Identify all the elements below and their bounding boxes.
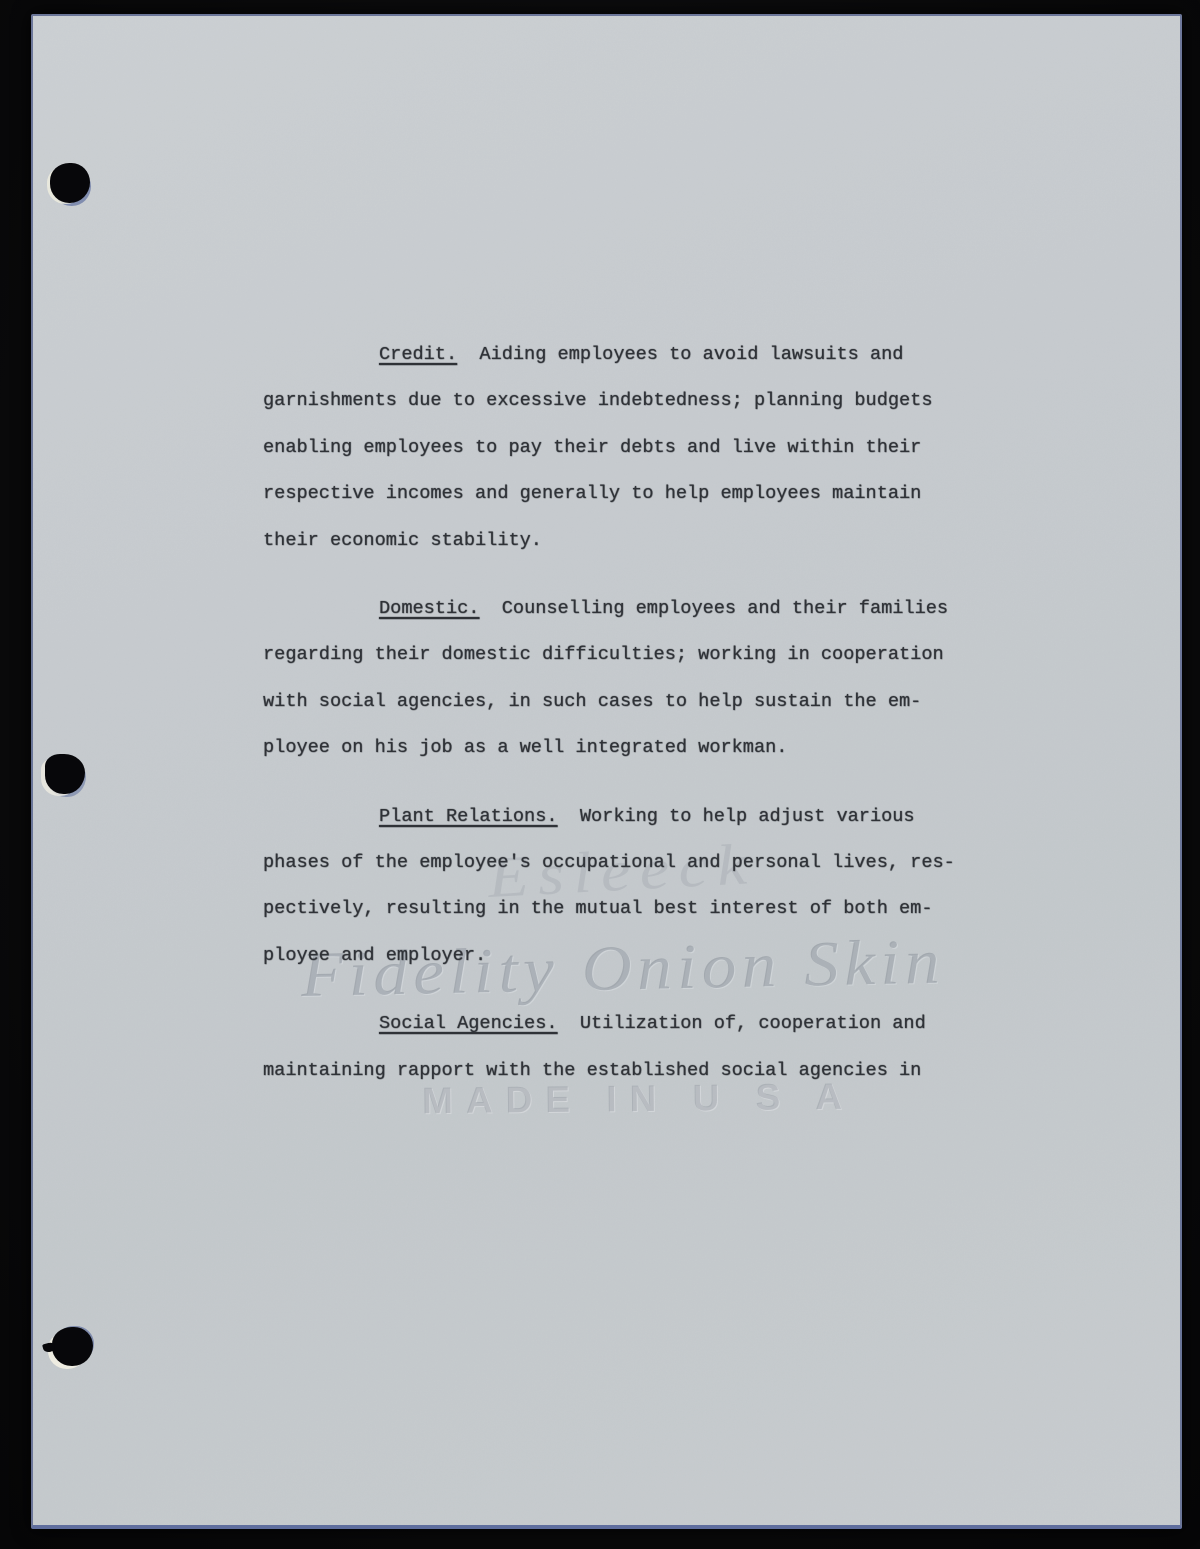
text-line: Credit. Aiding employees to avoid lawsui… — [263, 332, 1003, 378]
text-line: regarding their domestic difficulties; w… — [263, 632, 1003, 678]
document-page: Esleeck Fidelity Onion Skin MADE IN U S … — [31, 14, 1182, 1529]
text-line: their economic stability. — [263, 518, 1003, 564]
text-line: Plant Relations. Working to help adjust … — [263, 794, 1003, 840]
text-line: ployee on his job as a well integrated w… — [263, 725, 1003, 771]
heading-plant-relations: Plant Relations. — [379, 806, 558, 827]
heading-credit: Credit. — [379, 344, 457, 365]
heading-social-agencies-rest: Utilization of, cooperation and — [558, 1013, 926, 1034]
scan-background: Esleeck Fidelity Onion Skin MADE IN U S … — [0, 0, 1200, 1549]
paragraph-plant-relations: Plant Relations. Working to help adjust … — [263, 794, 1003, 980]
punch-hole-middle — [45, 754, 85, 794]
text-line: ployee and employer. — [263, 933, 1003, 979]
punch-hole-bottom — [52, 1327, 93, 1366]
text-line: garnishments due to excessive indebtedne… — [263, 378, 1003, 424]
heading-domestic: Domestic. — [379, 598, 479, 619]
text-line: with social agencies, in such cases to h… — [263, 679, 1003, 725]
paragraph-social-agencies: Social Agencies. Utilization of, coopera… — [263, 1001, 1003, 1094]
heading-plant-relations-rest: Working to help adjust various — [558, 806, 915, 827]
punch-hole-top — [50, 163, 90, 203]
text-line: phases of the employee's occupational an… — [263, 840, 1003, 886]
text-line: Domestic. Counselling employees and thei… — [263, 586, 1003, 632]
text-line: pectively, resulting in the mutual best … — [263, 886, 1003, 932]
text-line: Social Agencies. Utilization of, coopera… — [263, 1001, 1003, 1047]
heading-domestic-rest: Counselling employees and their families — [479, 598, 948, 619]
text-line: respective incomes and generally to help… — [263, 471, 1003, 517]
paragraph-domestic: Domestic. Counselling employees and thei… — [263, 586, 1003, 772]
text-line: maintaining rapport with the established… — [263, 1048, 1003, 1094]
heading-social-agencies: Social Agencies. — [379, 1013, 558, 1034]
typewritten-text: Credit. Aiding employees to avoid lawsui… — [263, 332, 1003, 1116]
heading-credit-rest: Aiding employees to avoid lawsuits and — [457, 344, 903, 365]
text-line: enabling employees to pay their debts an… — [263, 425, 1003, 471]
paragraph-credit: Credit. Aiding employees to avoid lawsui… — [263, 332, 1003, 564]
